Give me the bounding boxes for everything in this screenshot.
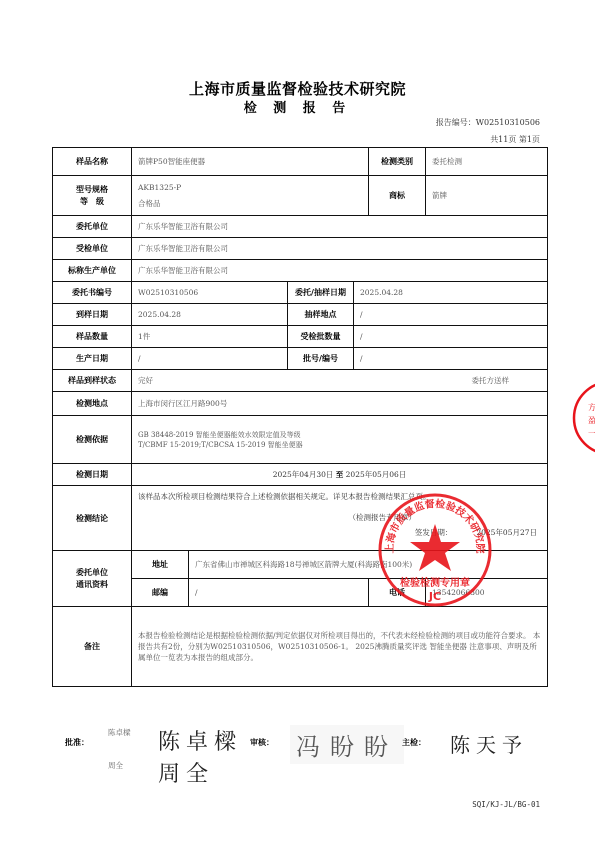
report-number-label: 报告编号： (436, 118, 476, 127)
approver-signature-1: 陈卓樑 (158, 725, 242, 756)
row-remark: 备注 本报告检验检测结论是根据检验检测依据/判定依据仅对所检项目得出的，不代表未… (53, 607, 548, 687)
label-order-date: 委托/抽样日期 (288, 282, 354, 304)
review-label: 审核： (250, 737, 274, 748)
value-test-date: 2025年04月30日 至 2025年05月06日 (132, 464, 548, 486)
basis-line-1: GB 38448-2019 智能坐便器能效水效限定值及等级 (138, 430, 541, 440)
value-model-grade: AKB1325-P合格品 (132, 176, 369, 216)
row-arrival: 到样日期 2025.04.28 抽样地点 / (53, 304, 548, 326)
value-basis: GB 38448-2019 智能坐便器能效水效限定值及等级T/CBMF 15-2… (132, 416, 548, 464)
row-state: 样品到样状态 完好委托方送样 (53, 370, 548, 392)
contact-label-1: 委托单位 (55, 567, 129, 579)
institute-name: 上海市质量监督检验技术研究院 (0, 78, 595, 99)
inspector-label: 主检： (402, 737, 426, 748)
issue-date-label: 签发日期： (415, 528, 453, 537)
label-state: 样品到样状态 (53, 370, 132, 392)
value-tel: 13542066300 (426, 579, 548, 607)
svg-text:方: 方 (588, 402, 595, 412)
label-basis: 检测依据 (53, 416, 132, 464)
svg-text:盈: 盈 (588, 416, 595, 425)
label-test-date: 检测日期 (53, 464, 132, 486)
label-tel: 电话 (369, 579, 426, 607)
value-grade: 合格品 (138, 198, 362, 210)
label-test-type: 检测类别 (369, 148, 426, 176)
value-address: 广东省佛山市禅城区科海路18号禅城区箭牌大厦(科海路南100米) (189, 551, 548, 579)
value-sample-name: 箭牌P50智能座便器 (132, 148, 369, 176)
row-model: 型号规格等 级 AKB1325-P合格品 商标 箭牌 (53, 176, 548, 216)
svg-text:一: 一 (588, 429, 595, 438)
seal-note: （检测报告专用章） (138, 512, 416, 523)
value-brand: 箭牌 (426, 176, 548, 216)
label-conclusion: 检测结论 (53, 486, 132, 551)
state-extra: 委托方送样 (472, 375, 510, 386)
label-batch-no: 批号/编号 (288, 348, 354, 370)
label-batch-qty: 受检批数量 (288, 326, 354, 348)
label-address: 地址 (132, 551, 189, 579)
row-basis: 检测依据 GB 38448-2019 智能坐便器能效水效限定值及等级T/CBMF… (53, 416, 548, 464)
page-count: 共11页 第1页 (490, 134, 540, 145)
value-order-date: 2025.04.28 (354, 282, 548, 304)
label-remark: 备注 (53, 607, 132, 687)
label-zip: 邮编 (132, 579, 189, 607)
value-model: AKB1325-P (138, 182, 362, 194)
label-model: 型号规格 (55, 184, 129, 196)
label-grade: 等 级 (55, 196, 129, 208)
value-zip: / (189, 579, 369, 607)
value-state: 完好委托方送样 (132, 370, 548, 392)
row-manufacturer: 标称生产单位 广东乐华智能卫浴有限公司 (53, 260, 548, 282)
label-sampling-place: 抽样地点 (288, 304, 354, 326)
report-table: 样品名称 箭牌P50智能座便器 检测类别 委托检测 型号规格等 级 AKB132… (52, 147, 548, 687)
approver-name-2: 周全 (108, 760, 123, 771)
conclusion-text: 该样品本次所检项目检测结果符合上述检测依据相关规定。详见本报告检测结果汇总页。 (138, 490, 541, 504)
test-date-to-word: 至 (336, 470, 344, 479)
value-batch-no: / (354, 348, 548, 370)
label-brand: 商标 (369, 176, 426, 216)
value-remark: 本报告检验检测结论是根据检验检测依据/判定依据仅对所检项目得出的，不代表未经检验… (132, 607, 548, 687)
edge-seal-stamp: 方 盈 一 (570, 378, 595, 458)
value-arrival-date: 2025.04.28 (132, 304, 288, 326)
label-inspected: 受检单位 (53, 238, 132, 260)
value-quantity: 1件 (132, 326, 288, 348)
value-location: 上海市闵行区江月路900号 (132, 392, 548, 416)
inspector-signature: 陈天予 (450, 729, 528, 758)
basis-line-2: T/CBMF 15-2019;T/CBCSA 15-2019 智能坐便器 (138, 440, 541, 450)
label-quantity: 样品数量 (53, 326, 132, 348)
value-sampling-place: / (354, 304, 548, 326)
report-number: 报告编号：W02510310506 (436, 117, 540, 128)
label-order-no: 委托书编号 (53, 282, 132, 304)
test-date-to: 2025年05月06日 (346, 470, 407, 479)
state-value: 完好 (138, 376, 153, 385)
value-inspected: 广东乐华智能卫浴有限公司 (132, 238, 548, 260)
reviewer-signature: 冯盼盼 (290, 725, 404, 764)
row-sample-name: 样品名称 箭牌P50智能座便器 检测类别 委托检测 (53, 148, 548, 176)
issue-date-line: 签发日期：2025年05月27日 (138, 527, 537, 538)
value-manufacturer: 广东乐华智能卫浴有限公司 (132, 260, 548, 282)
contact-label-2: 通讯资料 (55, 579, 129, 591)
row-quantity: 样品数量 1件 受检批数量 / (53, 326, 548, 348)
row-test-date: 检测日期 2025年04月30日 至 2025年05月06日 (53, 464, 548, 486)
row-location: 检测地点 上海市闵行区江月路900号 (53, 392, 548, 416)
row-order: 委托书编号 W02510310506 委托/抽样日期 2025.04.28 (53, 282, 548, 304)
label-manufacturer: 标称生产单位 (53, 260, 132, 282)
label-prod-date: 生产日期 (53, 348, 132, 370)
label-arrival-date: 到样日期 (53, 304, 132, 326)
approver-name-1: 陈卓樑 (108, 727, 131, 738)
value-order-no: W02510310506 (132, 282, 288, 304)
form-code: SQI/KJ-JL/BG-01 (472, 800, 540, 809)
label-sample-name: 样品名称 (53, 148, 132, 176)
label-contact: 委托单位通讯资料 (53, 551, 132, 607)
label-client: 委托单位 (53, 216, 132, 238)
signature-area: 批准： 陈卓樑 周全 陈卓樑 周全 审核： 冯盼盼 主检： 陈天予 (0, 715, 595, 795)
issue-date: 2025年05月27日 (476, 528, 537, 537)
row-prod-date: 生产日期 / 批号/编号 / (53, 348, 548, 370)
approve-label: 批准： (65, 737, 89, 748)
label-location: 检测地点 (53, 392, 132, 416)
report-number-value: W02510310506 (476, 118, 540, 127)
label-model-grade: 型号规格等 级 (53, 176, 132, 216)
row-inspected: 受检单位 广东乐华智能卫浴有限公司 (53, 238, 548, 260)
value-prod-date: / (132, 348, 288, 370)
value-client: 广东乐华智能卫浴有限公司 (132, 216, 548, 238)
test-date-from: 2025年04月30日 (273, 470, 334, 479)
value-conclusion: 该样品本次所检项目检测结果符合上述检测依据相关规定。详见本报告检测结果汇总页。 … (132, 486, 548, 551)
document-title: 检 测 报 告 (0, 97, 595, 116)
value-batch-qty: / (354, 326, 548, 348)
row-conclusion: 检测结论 该样品本次所检项目检测结果符合上述检测依据相关规定。详见本报告检测结果… (53, 486, 548, 551)
row-contact-address: 委托单位通讯资料 地址 广东省佛山市禅城区科海路18号禅城区箭牌大厦(科海路南1… (53, 551, 548, 579)
value-test-type: 委托检测 (426, 148, 548, 176)
approver-signature-2: 周全 (158, 757, 214, 788)
row-client: 委托单位 广东乐华智能卫浴有限公司 (53, 216, 548, 238)
